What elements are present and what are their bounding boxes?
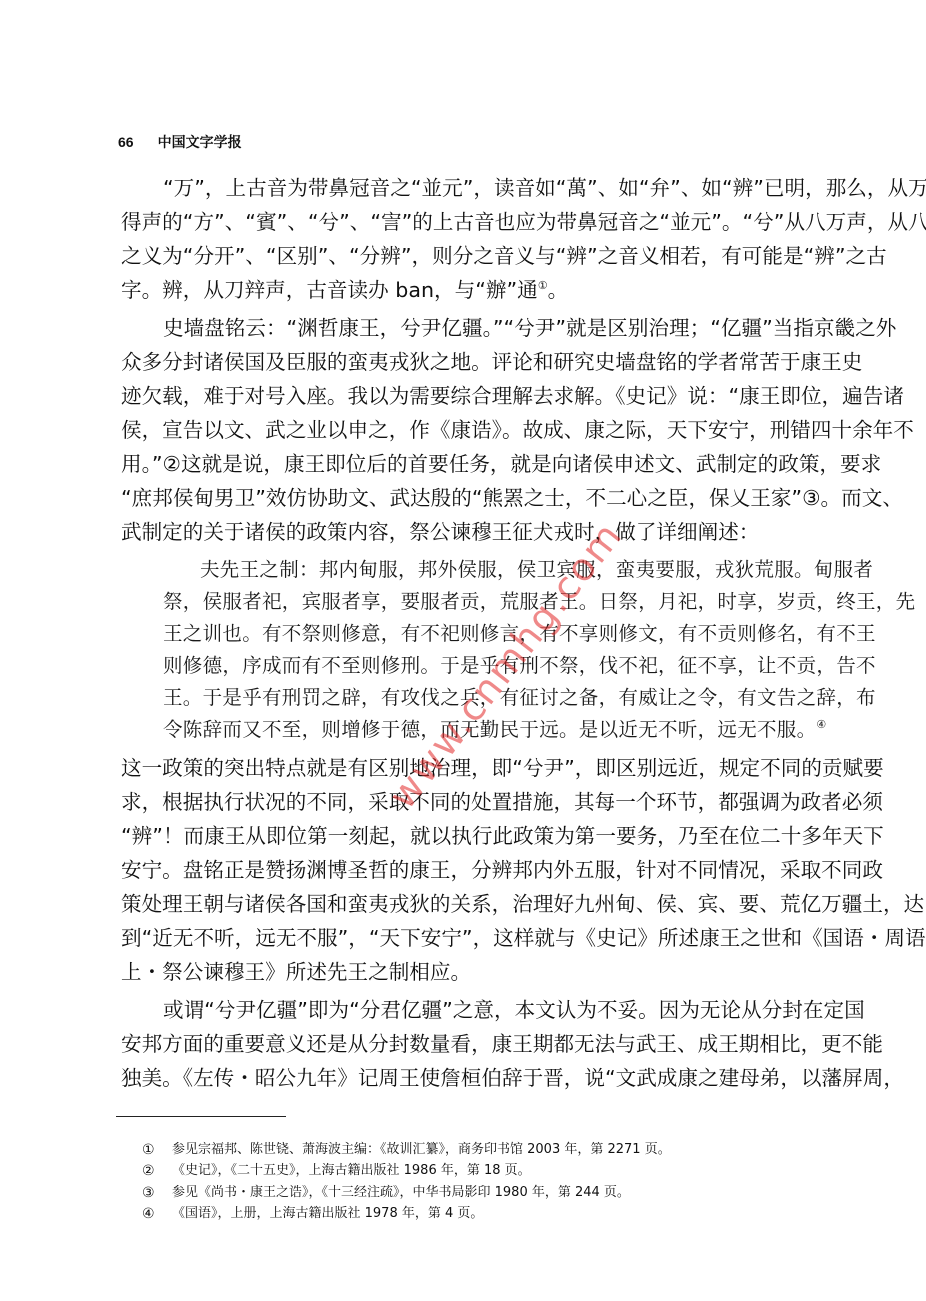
paragraph-2-line-4: 侯，宣告以文、武之业以申之，作《康诰》。故成、康之际，天下安宁，刑错四十余年不 <box>121 418 802 442</box>
footnote-ref-4[interactable]: ④ <box>816 718 826 731</box>
paragraph-3-line-7: 上・祭公谏穆王》所述先王之制相应。 <box>121 960 802 984</box>
paragraph-2-line-7: 武制定的关于诸侯的政策内容，祭公谏穆王征犬戎时，做了详细阐述： <box>121 520 802 544</box>
paragraph-2-line-6: “庶邦侯甸男卫”效仿协助文、武达殷的“熊罴之士，不二心之臣，保乂王家”③。而文、 <box>121 486 802 510</box>
paragraph-3-line-5: 策处理王朝与诸侯各国和蛮夷戎狄的关系，治理好九州甸、侯、宾、要、荒亿万疆土，达 <box>121 892 802 916</box>
footnote-mark: ② <box>142 1162 172 1180</box>
footnote-1: ① 参见宗福邦、陈世铙、萧海波主编：《故训汇纂》，商务印书馆 2003 年，第 … <box>142 1141 671 1159</box>
page-number: 66 <box>118 134 134 150</box>
paragraph-3-line-2: 求，根据执行状况的不同，采取不同的处置措施，其每一个环节，都强调为政者必须 <box>121 790 802 814</box>
quote-line-6: 令陈辞而又不至，则增修于德，而无勤民于远。是以近无不听，远无不服。④ <box>163 718 800 742</box>
paragraph-3-line-1: 这一政策的突出特点就是有区别地治理，即“兮尹”，即区别远近，规定不同的贡赋要 <box>121 756 802 780</box>
quote-line-3: 王之训也。有不祭则修意，有不祀则修言，有不享则修文，有不贡则修名，有不王 <box>163 622 800 646</box>
footnote-mark: ④ <box>142 1205 172 1223</box>
line-text: 字。辨，从刀辡声，古音读办 ban，与“辦”通 <box>121 278 538 302</box>
document-page: 66 中国文字学报 “万”，上古音为带鼻冠音之“並元”，读音如“萬”、如“弁”、… <box>0 0 926 1301</box>
footnote-divider <box>116 1116 286 1117</box>
footnote-text: 参见宗福邦、陈世铙、萧海波主编：《故训汇纂》，商务印书馆 2003 年，第 22… <box>172 1141 671 1159</box>
footnote-mark: ① <box>142 1141 172 1159</box>
paragraph-1-line-2: 得声的“方”、“賓”、“兮”、“㝘”的上古音也应为带鼻冠音之“並元”。“兮”从八… <box>121 210 802 234</box>
paragraph-2-line-5: 用。”②这就是说，康王即位后的首要任务，就是向诸侯申述文、武制定的政策，要求 <box>121 452 802 476</box>
footnote-text: 参见《尚书・康王之诰》，《十三经注疏》，中华书局影印 1980 年，第 244 … <box>172 1184 630 1202</box>
paragraph-1-line-1: “万”，上古音为带鼻冠音之“並元”，读音如“萬”、如“弁”、如“辨”已明，那么，… <box>163 176 802 200</box>
line-text: 令陈辞而又不至，则增修于德，而无勤民于远。是以近无不听，远无不服。 <box>163 718 816 741</box>
quote-line-4: 则修德，序成而有不至则修刑。于是乎有刑不祭，伐不祀，征不享，让不贡，告不 <box>163 654 800 678</box>
footnote-text: 《国语》，上册，上海古籍出版社 1978 年，第 4 页。 <box>172 1205 483 1223</box>
paragraph-2-line-3: 迹欠载，难于对号入座。我以为需要综合理解去求解。《史记》说：“康王即位，遍告诸 <box>121 384 802 408</box>
paragraph-1-line-4: 字。辨，从刀辡声，古音读办 ban，与“辦”通①。 <box>121 278 802 302</box>
quote-line-2: 祭，侯服者祀，宾服者享，要服者贡，荒服者王。日祭，月祀，时享，岁贡，终王，先 <box>163 590 800 614</box>
quote-line-5: 王。于是乎有刑罚之辟，有攻伐之兵，有征讨之备，有威让之令，有文告之辞，布 <box>163 686 800 710</box>
quote-line-1: 夫先王之制：邦内甸服，邦外侯服，侯卫宾服，蛮夷要服，戎狄荒服。甸服者 <box>200 558 800 582</box>
paragraph-3-line-4: 安宁。盘铭正是赞扬渊博圣哲的康王，分辨邦内外五服，针对不同情况，采取不同政 <box>121 858 802 882</box>
footnote-3: ③ 参见《尚书・康王之诰》，《十三经注疏》，中华书局影印 1980 年，第 24… <box>142 1184 630 1202</box>
footnote-mark: ③ <box>142 1184 172 1202</box>
paragraph-4-line-1: 或谓“兮尹亿疆”即为“分君亿疆”之意，本文认为不妥。因为无论从分封在定国 <box>163 998 802 1022</box>
line-tail: 。 <box>548 278 569 302</box>
paragraph-4-line-3: 独美。《左传・昭公九年》记周王使詹桓伯辞于晋，说“文武成康之建母弟，以藩屏周， <box>121 1066 802 1090</box>
footnote-text: 《史记》，《二十五史》，上海古籍出版社 1986 年，第 18 页。 <box>172 1162 531 1180</box>
paragraph-3-line-6: 到“近无不听，远无不服”，“天下安宁”，这样就与《史记》所述康王之世和《国语・周… <box>121 926 802 950</box>
paragraph-2-line-2: 众多分封诸侯国及臣服的蛮夷戎狄之地。评论和研究史墙盘铭的学者常苦于康王史 <box>121 350 802 374</box>
running-header: 66 中国文字学报 <box>118 132 242 152</box>
paragraph-1-line-3: 之义为“分开”、“区别”、“分辨”，则分之音义与“辨”之音义相若，有可能是“辨”… <box>121 244 802 268</box>
footnote-4: ④ 《国语》，上册，上海古籍出版社 1978 年，第 4 页。 <box>142 1205 483 1223</box>
footnote-2: ② 《史记》，《二十五史》，上海古籍出版社 1986 年，第 18 页。 <box>142 1162 531 1180</box>
footnote-ref-1[interactable]: ① <box>538 279 548 292</box>
paragraph-3-line-3: “辨”！而康王从即位第一刻起，就以执行此政策为第一要务，乃至在位二十多年天下 <box>121 824 802 848</box>
journal-title: 中国文字学报 <box>158 132 242 152</box>
paragraph-2-line-1: 史墙盘铭云：“渊哲康王，兮尹亿疆。”“兮尹”就是区别治理；“亿疆”当指京畿之外 <box>163 316 802 340</box>
paragraph-4-line-2: 安邦方面的重要意义还是从分封数量看，康王期都无法与武王、成王期相比，更不能 <box>121 1032 802 1056</box>
